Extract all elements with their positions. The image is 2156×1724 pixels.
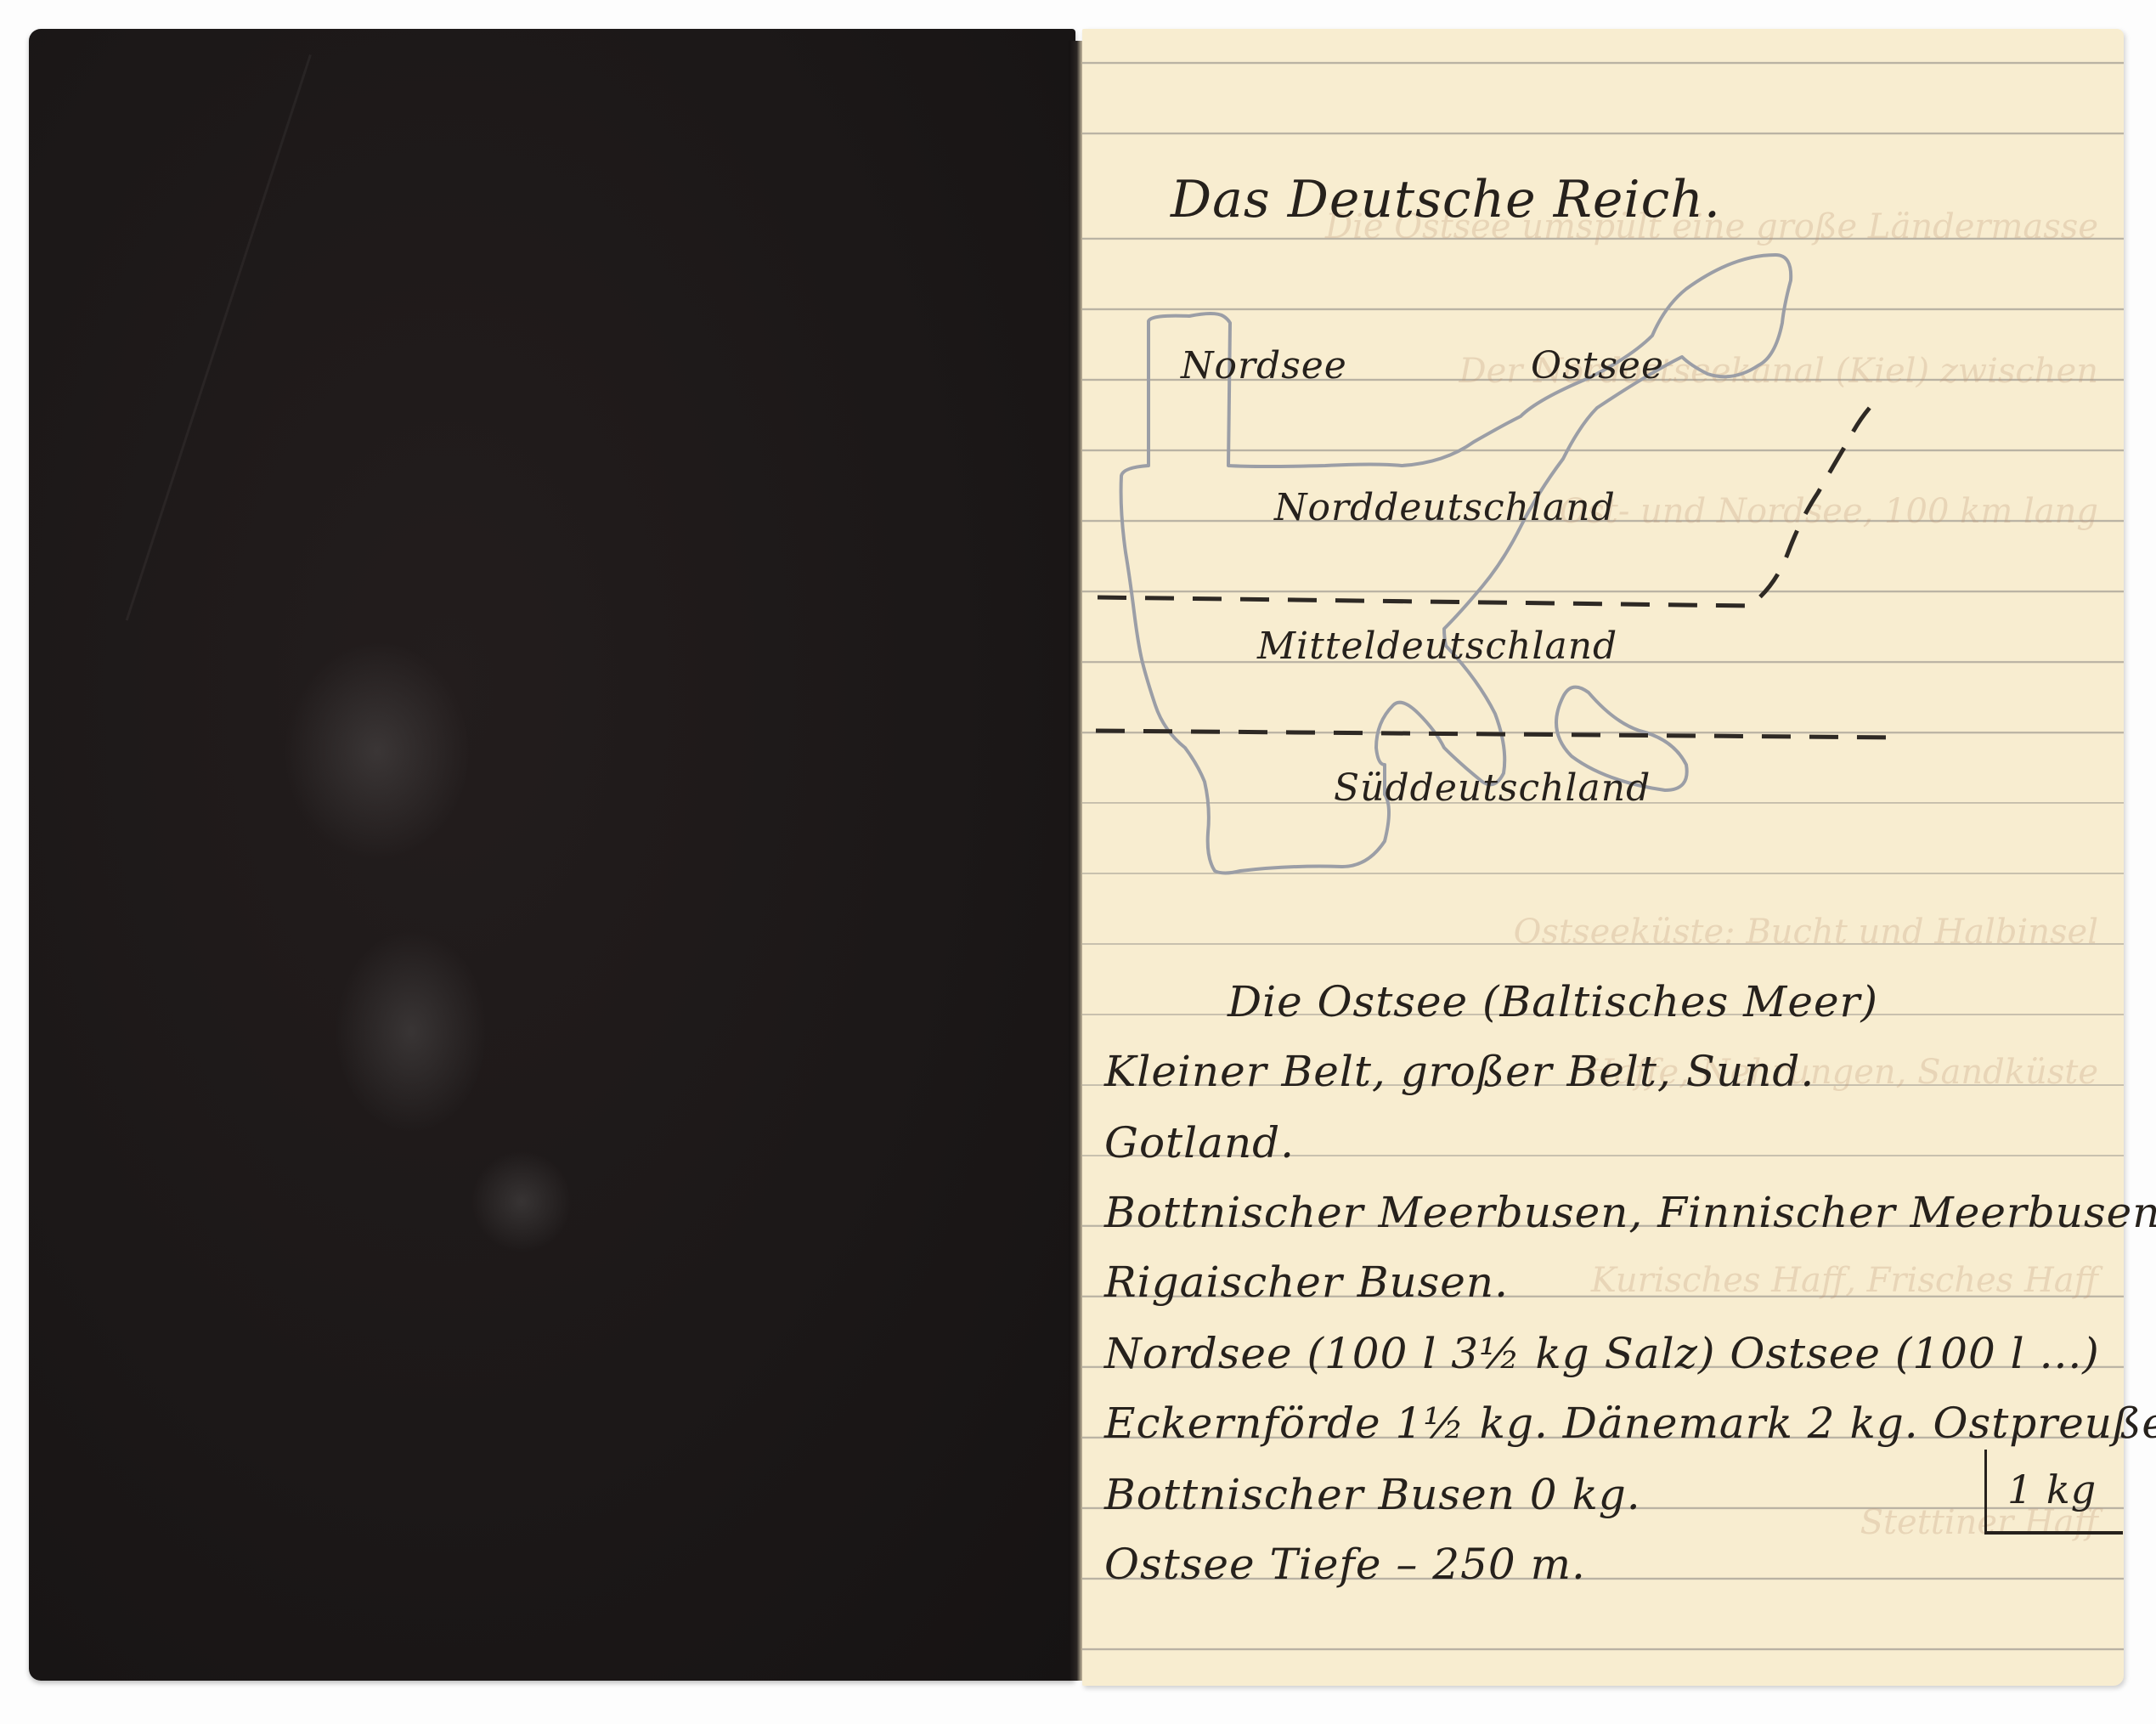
text-line: Bottnischer Busen 0 kg.	[1104, 1470, 1641, 1519]
germany-sketch-map	[0, 0, 2156, 1724]
page-title: Das Deutsche Reich.	[1171, 170, 1721, 229]
text-line: Bottnischer Meerbusen, Finnischer Meerbu…	[1104, 1188, 2156, 1237]
boxed-note-text: 1 kg	[2007, 1467, 2097, 1512]
text-line: Eckernförde 1½ kg. Dänemark 2 kg. Ostpre…	[1104, 1399, 2156, 1448]
map-label-ostsee: Ostsee	[1531, 344, 1664, 387]
text-line: Nordsee (100 l 3½ kg Salz) Ostsee (100 l…	[1104, 1329, 2100, 1378]
map-label-nordsee: Nordsee	[1181, 344, 1347, 387]
text-line: Kleiner Belt, großer Belt, Sund.	[1104, 1047, 1815, 1096]
map-divider-middle-south	[1096, 731, 1899, 738]
map-label-sueddeutschland: Süddeutschland	[1334, 766, 1651, 810]
map-label-mitteldeutschland: Mitteldeutschland	[1257, 625, 1617, 668]
text-line: Gotland.	[1104, 1118, 1295, 1167]
text-line: Ostsee Tiefe – 250 m.	[1104, 1540, 1586, 1589]
text-line: Rigaischer Busen.	[1104, 1258, 1509, 1307]
boxed-note: 1 kg	[1984, 1450, 2123, 1535]
section-heading: Die Ostsee (Baltisches Meer)	[1228, 977, 1878, 1026]
map-label-norddeutschland: Norddeutschland	[1274, 486, 1616, 529]
